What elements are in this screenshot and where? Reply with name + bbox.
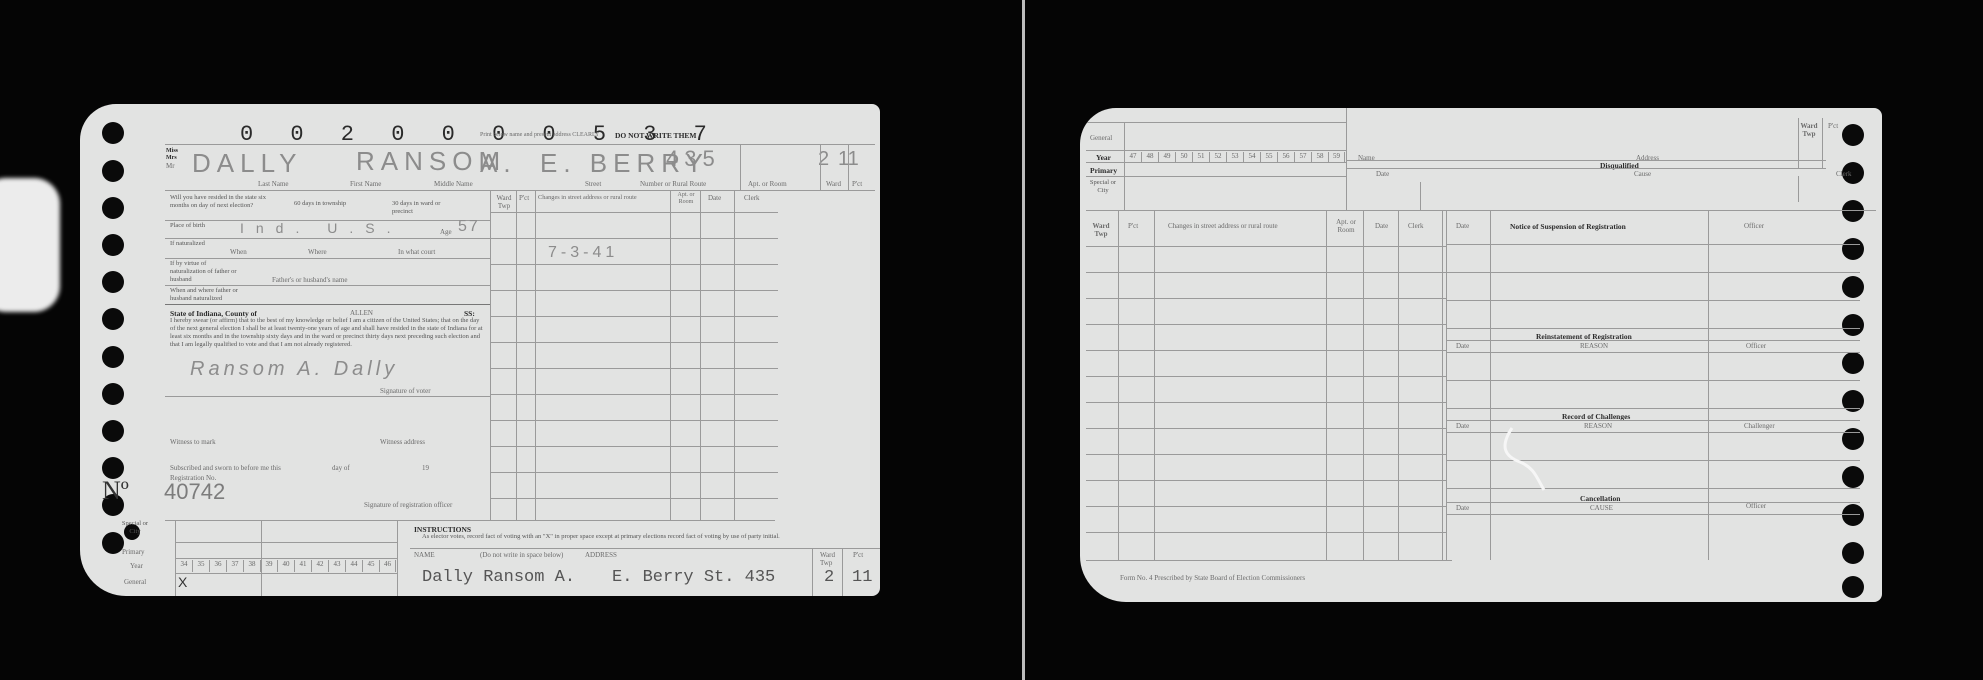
punch-hole-icon [102, 308, 124, 330]
county-value: ALLEN [350, 309, 373, 317]
punch-hole-icon [1842, 352, 1864, 374]
suspension-title: Notice of Suspension of Registration [1510, 222, 1626, 231]
number-symbol: Nº [102, 476, 129, 506]
punch-hole-icon [102, 420, 124, 442]
typed-ward: 2 [824, 568, 834, 587]
col-apt: Apt. or Room [674, 192, 698, 206]
oath-text: I hereby swear (or affirm) that to the b… [170, 317, 486, 349]
ward-days-label: 30 days in ward or precinct [392, 200, 462, 216]
row-label-special: Special or City [1088, 179, 1118, 195]
col-date: Date [1375, 222, 1388, 230]
handwritten-last-name: DALLY [192, 148, 302, 179]
typed-address: E. Berry St. 435 [612, 568, 775, 587]
naturalized-when-label: When [230, 248, 247, 256]
cancellation-cause-label: CAUSE [1590, 504, 1613, 512]
punch-hole-icon [102, 160, 124, 182]
year-cell: 53 [1226, 152, 1243, 162]
handwritten-age: 57 [458, 218, 480, 236]
col-ward-twp: Ward Twp [1086, 222, 1116, 238]
year-cell: 56 [1277, 152, 1294, 162]
year-cell: 57 [1294, 152, 1311, 162]
salutation-miss: Miss [166, 148, 178, 154]
naturalized-label: If naturalized [170, 240, 210, 248]
punch-hole-icon [1842, 238, 1864, 260]
year-cell: 50 [1175, 152, 1192, 162]
year-grid: 47 48 49 50 51 52 53 54 55 56 57 58 59 [1124, 152, 1345, 162]
form-footer: Form No. 4 Prescribed by State Board of … [1120, 574, 1305, 582]
year-cell: 35 [192, 560, 209, 572]
footer-ward-label: Ward Twp [820, 551, 840, 567]
year-cell: 34 [175, 560, 192, 572]
challenger-label: Challenger [1744, 422, 1775, 430]
reinstatement-officer-label: Officer [1746, 342, 1766, 350]
age-label: Age [440, 228, 452, 236]
page-divider [1022, 0, 1025, 680]
cancellation-officer-label: Officer [1746, 502, 1766, 510]
year-cell: 38 [243, 560, 260, 572]
punch-hole-icon [1842, 200, 1864, 222]
footer-pct-label: P'ct [853, 551, 863, 559]
reinstatement-date-label: Date [1456, 342, 1469, 350]
salutation-mr: Mr [166, 162, 175, 170]
footer-note: (Do not write in space below) [480, 551, 563, 559]
township-label: 60 days in township [294, 200, 354, 208]
cancellation-date-label: Date [1456, 504, 1469, 512]
handwritten-middle: A. [480, 148, 517, 179]
row-label-general: General [1090, 134, 1112, 142]
row-label-primary: Primary [122, 548, 145, 556]
col-changes: Changes in street address or rural route [538, 194, 637, 201]
col-clerk: Clerk [744, 194, 760, 202]
father-name-label: Father's or husband's name [272, 276, 347, 284]
row-label-special: Special or City [120, 520, 150, 536]
col-pct: P'ct [1128, 222, 1138, 230]
label-first-name: First Name [350, 180, 381, 188]
year-label: 19 [422, 464, 429, 472]
punch-hole-icon [102, 122, 124, 144]
punch-hole-icon [1842, 504, 1864, 526]
label-last-name: Last Name [258, 180, 289, 188]
reinstatement-reason-label: REASON [1580, 342, 1608, 350]
label-middle-name: Middle Name [434, 180, 473, 188]
pen-stroke-mark [1500, 426, 1570, 496]
header-instruction: Print below name and present address CLE… [480, 132, 599, 139]
handwritten-birthplace: Ind. U.S. [240, 220, 402, 236]
punch-hole-icon [102, 271, 124, 293]
row-label-primary: Primary [1090, 166, 1117, 175]
col-pct: P'ct [519, 194, 529, 202]
col-apt: Apt. or Room [1332, 218, 1360, 234]
label-street: Street [585, 180, 601, 188]
punch-hole-icon [1842, 542, 1864, 564]
challenges-date-label: Date [1456, 422, 1469, 430]
year-cell: 55 [1260, 152, 1277, 162]
col-clerk: Clerk [1408, 222, 1424, 230]
row-label-year: Year [1096, 153, 1111, 162]
punch-hole-icon [1842, 276, 1864, 298]
punch-hole-icon [1842, 124, 1864, 146]
signature-label: Signature of voter [380, 387, 431, 395]
year-cell: 45 [362, 560, 379, 572]
cause-label: Cause [1634, 170, 1651, 178]
year-grid: 34 35 36 37 38 39 40 41 42 43 44 45 46 [175, 560, 396, 572]
punch-hole-icon [102, 197, 124, 219]
punch-hole-icon [1842, 576, 1864, 598]
suspension-date-label: Date [1456, 222, 1469, 230]
year-cell: 48 [1141, 152, 1158, 162]
punch-hole-icon [102, 346, 124, 368]
witness-label: Witness to mark [170, 438, 216, 446]
subscribed-label: Subscribed and sworn to before me this [170, 464, 281, 472]
year-cell: 36 [209, 560, 226, 572]
year-cell: 49 [1158, 152, 1175, 162]
label-number: Number or Rural Route [640, 180, 706, 188]
punch-hole-icon [102, 383, 124, 405]
year-cell: 52 [1209, 152, 1226, 162]
general-vote-mark: X [178, 574, 193, 590]
year-cell: 40 [277, 560, 294, 572]
naturalized-where-label: Where [308, 248, 327, 256]
label-pct: P'ct [852, 180, 862, 188]
footer-address-label: ADDRESS [585, 551, 617, 559]
punch-hole-icon [1842, 314, 1864, 336]
challenges-reason-label: REASON [1584, 422, 1612, 430]
year-cell: 43 [328, 560, 345, 572]
salutation-mrs: Mrs [166, 155, 177, 161]
col-date: Date [708, 194, 721, 202]
registration-card-front: 0 0 2 0 0 0 0 5 3 7 Print below name and… [80, 104, 880, 596]
typed-name: Dally Ransom A. [422, 568, 575, 587]
handwritten-number: 435 [666, 146, 721, 172]
registration-number: 40742 [164, 479, 225, 505]
year-cell: 42 [311, 560, 328, 572]
punch-hole-icon [102, 234, 124, 256]
year-cell: 47 [1124, 152, 1141, 162]
row-label-general: General [124, 578, 146, 586]
suspension-officer-label: Officer [1744, 222, 1764, 230]
year-cell: 59 [1328, 152, 1345, 162]
year-cell: 41 [294, 560, 311, 572]
col-ward-twp: Ward Twp [494, 194, 514, 210]
year-cell: 58 [1311, 152, 1328, 162]
virtue-label: If by virtue of naturalization of father… [170, 260, 240, 284]
scanner-artifact [0, 178, 60, 312]
header-warning: DO NOT WRITE THEM [615, 131, 696, 140]
typed-pct: 11 [852, 568, 872, 587]
year-cell: 44 [345, 560, 362, 572]
officer-signature-label: Signature of registration officer [364, 501, 452, 509]
voter-signature: Ransom A. Dally [190, 358, 398, 381]
year-cell: 37 [226, 560, 243, 572]
col-changes: Changes in street address or rural route [1168, 222, 1278, 230]
naturalized-court-label: In what court [398, 248, 435, 256]
ward-label: Ward Twp [1798, 122, 1820, 138]
when-where-label: When and where father or husband natural… [170, 287, 245, 303]
punch-hole-icon [1842, 466, 1864, 488]
handwritten-change-entry: 7-3-41 [548, 244, 618, 262]
residence-question: Will you have resided in the state six m… [170, 194, 280, 210]
year-cell: 54 [1243, 152, 1260, 162]
birth-label: Place of birth [170, 222, 210, 230]
year-cell: 51 [1192, 152, 1209, 162]
pct-label: P'ct [1828, 122, 1838, 130]
date-label: Date [1376, 170, 1389, 178]
row-label-year: Year [130, 562, 143, 570]
witness-address-label: Witness address [380, 438, 425, 446]
registration-card-back: General Year Primary Special or City 47 … [1080, 108, 1882, 602]
label-ward: Ward [826, 180, 841, 188]
year-cell: 39 [260, 560, 277, 572]
day-of-label: day of [332, 464, 350, 472]
instructions-text: As elector votes, record fact of voting … [422, 533, 862, 541]
clerk-label: Clerk [1836, 170, 1852, 178]
year-cell: 46 [379, 560, 396, 572]
footer-name-label: NAME [414, 551, 435, 559]
label-apt: Apt. or Room [748, 180, 787, 188]
